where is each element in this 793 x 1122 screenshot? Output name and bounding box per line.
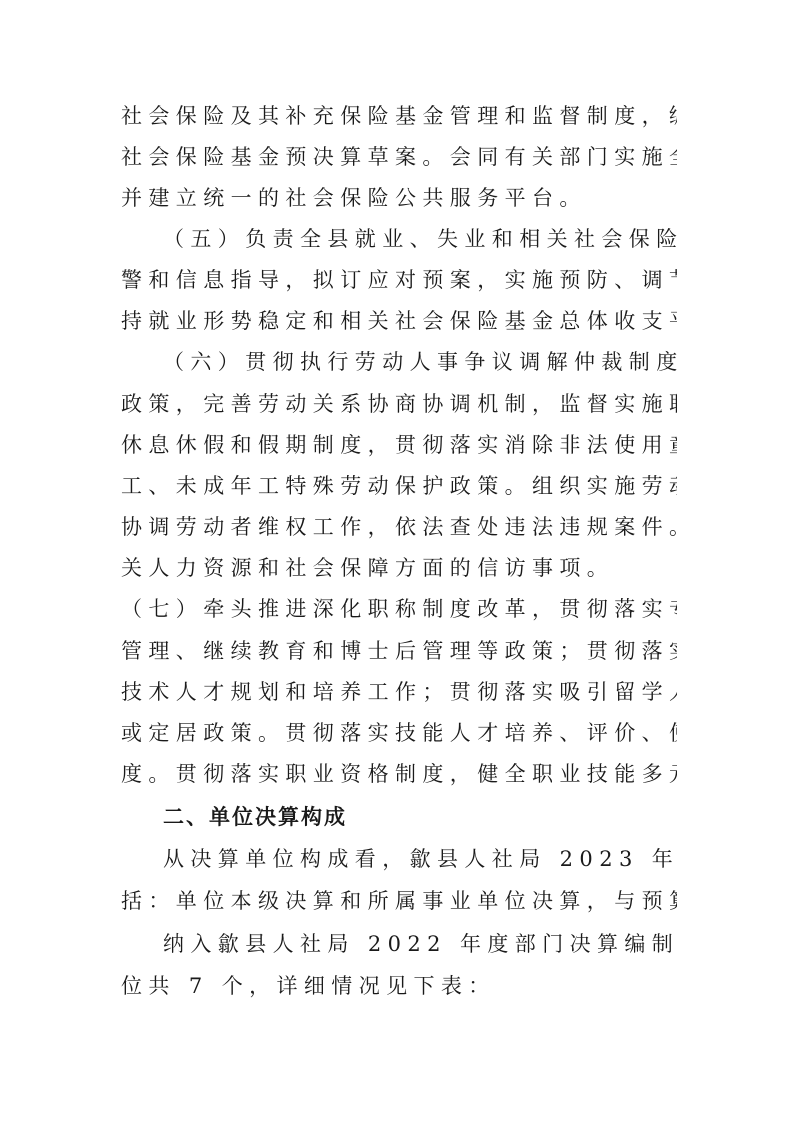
text-line: 技术人才规划和培养工作；贯彻落实吸引留学人员来歙工作 — [121, 677, 677, 707]
text-line: 管理、继续教育和博士后管理等政策；贯彻落实高层次专业 — [121, 636, 677, 666]
text-line: 工、未成年工特殊劳动保护政策。组织实施劳动保障监察， — [121, 471, 677, 501]
text-line: 休息休假和假期制度，贯彻落实消除非法使用童工政策和女 — [121, 430, 677, 460]
paragraph-item-5-start: （五）负责全县就业、失业和相关社会保险基金预测预 — [163, 224, 677, 254]
section-heading: 二、单位决算构成 — [163, 802, 677, 832]
composition-text: 括：单位本级决算和所属事业单位决算，与预算比较 — [121, 889, 677, 913]
text-line: 度。贯彻落实职业资格制度，健全职业技能多元化评价政策 — [121, 759, 677, 789]
text-line: 持就业形势稳定和相关社会保险基金总体收支平衡。 — [121, 306, 677, 336]
scope-paragraph-line1: 纳入歙县人社局 2022 年度部门决算编制范围的二级单 — [163, 929, 677, 959]
composition-paragraph-line1: 从决算单位构成看，歙县人社局 2023 年度部门决算包 — [163, 844, 677, 874]
document-page: 社会保险及其补充保险基金管理和监督制度，编制全县相关 社会保险基金预决算草案。会… — [0, 0, 793, 1122]
text-line: 社会保险基金预决算草案。会同有关部门实施全民参保计划 — [121, 142, 677, 172]
text-line: 警和信息指导，拟订应对预案，实施预防、调节和控制，保 — [121, 265, 677, 295]
text-line: 协调劳动者维权工作，依法查处违法违规案件。协调处理有 — [121, 512, 677, 542]
text-line: 政策，完善劳动关系协商协调机制，监督实施职工工作时间、 — [121, 389, 677, 419]
composition-paragraph-line2: 括：单位本级决算和所属事业单位决算，与预算比较持平。 — [121, 886, 677, 916]
text-line: 或定居政策。贯彻落实技能人才培养、评价、使用和激励制 — [121, 718, 677, 748]
scope-paragraph-line2: 位共 7 个，详细情况见下表： — [121, 971, 677, 1001]
text-line: 并建立统一的社会保险公共服务平台。 — [121, 183, 677, 213]
text-line: 关人力资源和社会保障方面的信访事项。 — [121, 553, 677, 583]
paragraph-item-7-start: （七）牵头推进深化职称制度改革，贯彻落实专业技术人员 — [121, 594, 677, 624]
text-line: 社会保险及其补充保险基金管理和监督制度，编制全县相关 — [121, 101, 677, 131]
paragraph-item-6-start: （六）贯彻执行劳动人事争议调解仲裁制度和劳动关系 — [163, 347, 677, 377]
